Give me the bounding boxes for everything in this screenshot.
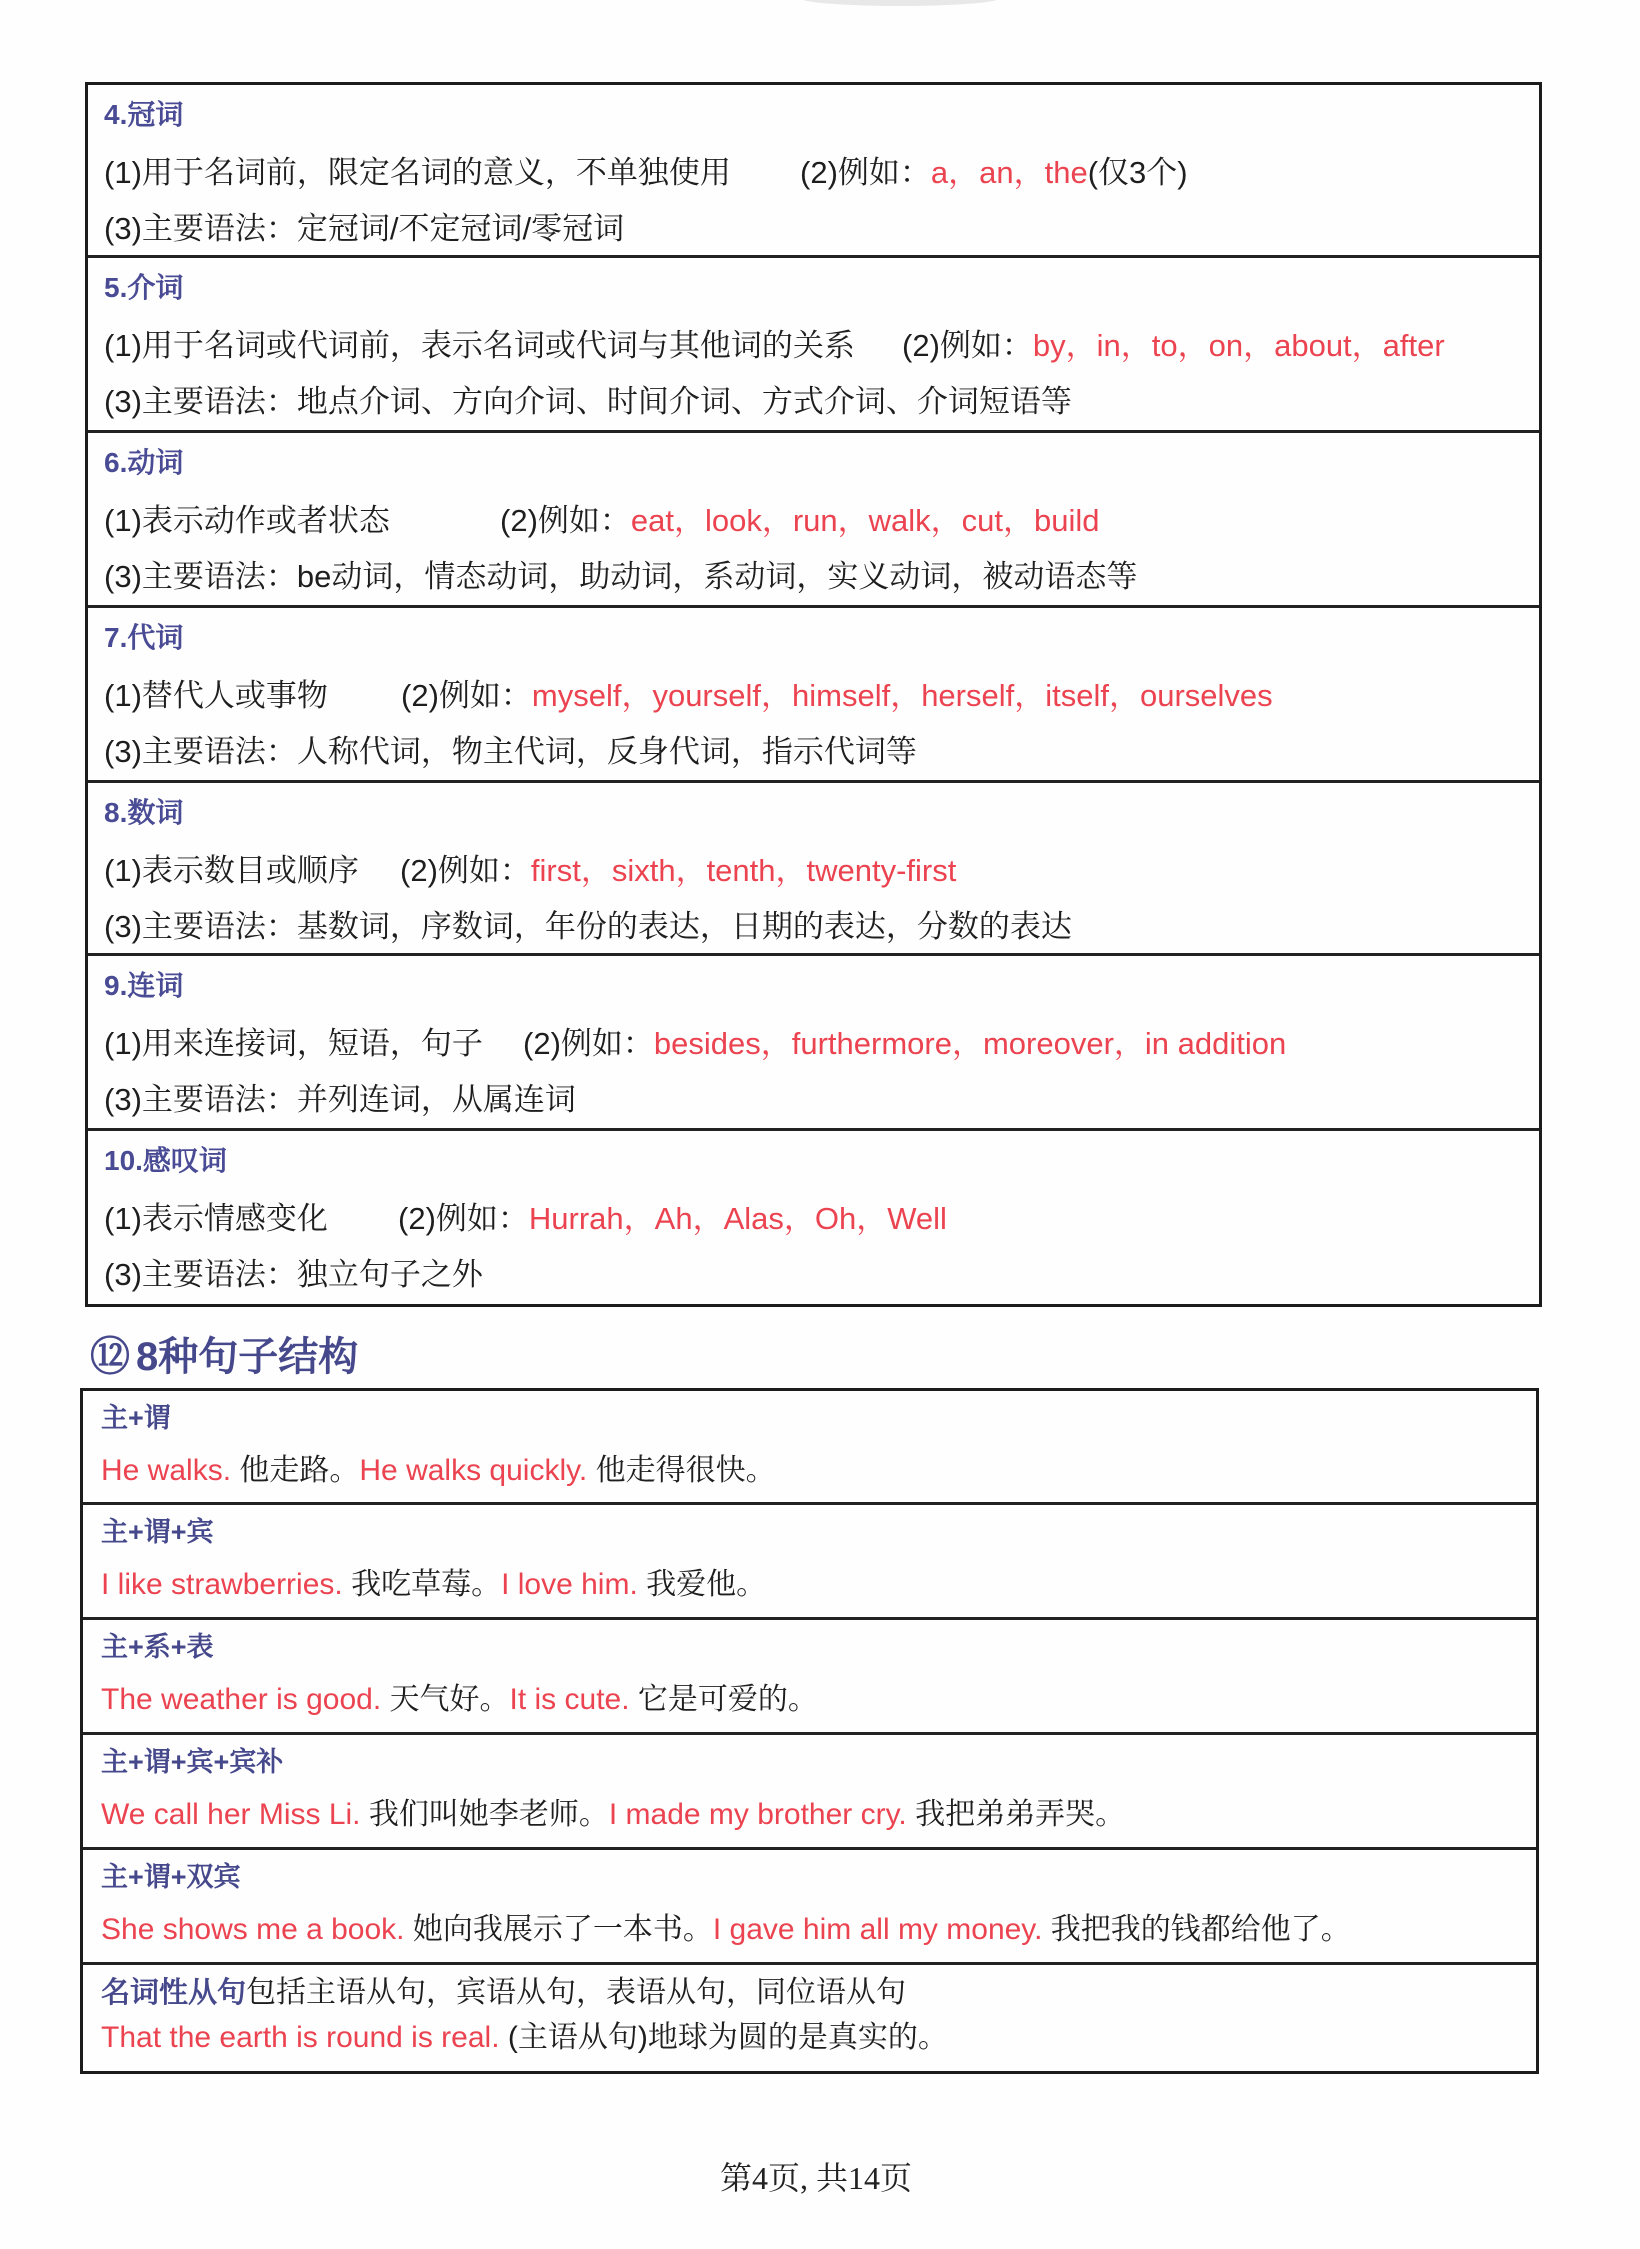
- sentence-structure-row: 主+谓 He walks. 他走路。He walks quickly. 他走得很…: [83, 1391, 1536, 1505]
- clause-types: 包括主语从句，宾语从句，表语从句，同位语从句: [246, 1976, 906, 2009]
- example-label: (2)例如：: [401, 678, 532, 713]
- pos-examples: (2)例如：Hurrah，Ah，Alas，Oh，Well: [398, 1191, 947, 1247]
- pos-definition-line: (1)用于名词或代词前，表示名词或代词与其他词的关系 (2)例如：by，in，t…: [104, 318, 1539, 374]
- example-sentences: I like strawberries. 我吃草莓。I love him. 我爱…: [101, 1559, 1536, 1611]
- page-number: 第4页, 共14页: [0, 2158, 1632, 2198]
- structure-label: 主+谓+双宾: [101, 1856, 1536, 1898]
- chinese-translation: 他走路。: [231, 1454, 359, 1487]
- example-label: (2)例如：: [398, 1201, 529, 1236]
- sentence-structure-row: 主+谓+宾 I like strawberries. 我吃草莓。I love h…: [83, 1505, 1536, 1620]
- parts-of-speech-table: 4.冠词 (1)用于名词前，限定名词的意义，不单独使用 (2)例如：a，an，t…: [85, 82, 1542, 1307]
- pos-definition: (1)用于名词或代词前，表示名词或代词与其他词的关系: [104, 328, 855, 363]
- english-sentence: She shows me a book.: [101, 1913, 405, 1946]
- structure-label: 主+谓: [101, 1397, 1536, 1439]
- pos-definition: (1)替代人或事物: [104, 678, 328, 713]
- pos-title: 4.冠词: [104, 93, 1539, 137]
- chinese-translation: 我们叫她李老师。: [361, 1798, 609, 1831]
- example-sentences: She shows me a book. 她向我展示了一本书。I gave hi…: [101, 1904, 1536, 1956]
- pos-title: 10.感叹词: [104, 1139, 1539, 1183]
- pos-definition-line: (1)替代人或事物 (2)例如：myself，yourself，himself，…: [104, 668, 1539, 724]
- pos-title: 9.连词: [104, 964, 1539, 1008]
- pos-row-articles: 4.冠词 (1)用于名词前，限定名词的意义，不单独使用 (2)例如：a，an，t…: [88, 85, 1539, 258]
- sentence-structure-row: 主+谓+双宾 She shows me a book. 她向我展示了一本书。I …: [83, 1850, 1536, 1965]
- scan-artifact: [800, 0, 1000, 6]
- chinese-translation: 它是可爱的。: [630, 1683, 818, 1716]
- section-heading: ⑫8种句子结构: [90, 1334, 358, 1380]
- sentence-structure-row: 主+系+表 The weather is good. 天气好。It is cut…: [83, 1620, 1536, 1735]
- pos-examples: (2)例如：a，an，the(仅3个): [800, 145, 1188, 201]
- pos-row-numerals: 8.数词 (1)表示数目或顺序 (2)例如：first，sixth，tenth，…: [88, 783, 1539, 956]
- example-words: by，in，to，on，about，after: [1033, 328, 1445, 363]
- pos-row-interjections: 10.感叹词 (1)表示情感变化 (2)例如：Hurrah，Ah，Alas，Oh…: [88, 1131, 1539, 1304]
- pos-grammar-line: (3)主要语法：并列连词，从属连词: [104, 1072, 1539, 1128]
- example-label: (2)例如：: [902, 328, 1033, 363]
- chinese-translation: 他走得很快。: [587, 1454, 775, 1487]
- pos-row-verbs: 6.动词 (1)表示动作或者状态 (2)例如：eat，look，run，walk…: [88, 433, 1539, 608]
- pos-definition: (1)表示情感变化: [104, 1201, 328, 1236]
- example-sentences: The weather is good. 天气好。It is cute. 它是可…: [101, 1674, 1536, 1726]
- example-note: (仅3个): [1088, 155, 1188, 190]
- english-sentence: I made my brother cry.: [609, 1798, 907, 1831]
- pos-definition: (1)表示动作或者状态: [104, 503, 390, 538]
- pos-title: 7.代词: [104, 616, 1539, 660]
- noun-clause-row: 名词性从句包括主语从句，宾语从句，表语从句，同位语从句 That the ear…: [83, 1965, 1536, 2071]
- chinese-translation: 我把弟弟弄哭。: [907, 1798, 1125, 1831]
- pos-definition-line: (1)用来连接词，短语，句子 (2)例如：besides，furthermore…: [104, 1016, 1539, 1072]
- structure-label: 主+系+表: [101, 1626, 1536, 1668]
- pos-title: 5.介词: [104, 266, 1539, 310]
- noun-clause-description: 名词性从句包括主语从句，宾语从句，表语从句，同位语从句: [101, 1971, 1536, 2015]
- pos-grammar-line: (3)主要语法：be动词，情态动词，助动词，系动词，实义动词，被动语态等: [104, 549, 1539, 605]
- pos-examples: (2)例如：by，in，to，on，about，after: [902, 318, 1445, 374]
- structure-label: 主+谓+宾: [101, 1511, 1536, 1553]
- example-sentences: We call her Miss Li. 我们叫她李老师。I made my b…: [101, 1789, 1536, 1841]
- pos-definition-line: (1)表示数目或顺序 (2)例如：first，sixth，tenth，twent…: [104, 843, 1539, 899]
- sentence-structures-table: 主+谓 He walks. 他走路。He walks quickly. 他走得很…: [80, 1388, 1539, 2074]
- pos-title: 8.数词: [104, 791, 1539, 835]
- chinese-translation: 我爱他。: [638, 1568, 766, 1601]
- english-sentence: We call her Miss Li.: [101, 1798, 361, 1831]
- circled-number-icon: ⑫: [90, 1335, 130, 1379]
- english-sentence: He walks quickly.: [359, 1454, 587, 1487]
- example-words: eat，look，run，walk，cut，build: [631, 503, 1100, 538]
- example-words: Hurrah，Ah，Alas，Oh，Well: [529, 1201, 947, 1236]
- example-label: (2)例如：: [800, 155, 931, 190]
- english-sentence: It is cute.: [510, 1683, 630, 1716]
- pos-definition-line: (1)表示情感变化 (2)例如：Hurrah，Ah，Alas，Oh，Well: [104, 1191, 1539, 1247]
- chinese-translation: 我吃草莓。: [343, 1568, 501, 1601]
- chinese-translation: (主语从句)地球为圆的是真实的。: [500, 2021, 948, 2054]
- pos-examples: (2)例如：besides，furthermore，moreover，in ad…: [523, 1016, 1286, 1072]
- english-sentence: He walks.: [101, 1454, 231, 1487]
- structure-label: 名词性从句: [101, 1977, 246, 2009]
- pos-definition-line: (1)表示动作或者状态 (2)例如：eat，look，run，walk，cut，…: [104, 493, 1539, 549]
- example-label: (2)例如：: [500, 503, 631, 538]
- pos-definition: (1)用来连接词，短语，句子: [104, 1026, 483, 1061]
- section-title: 8种句子结构: [136, 1335, 358, 1379]
- example-words: besides，furthermore，moreover，in addition: [654, 1026, 1286, 1061]
- pos-definition: (1)表示数目或顺序: [104, 853, 359, 888]
- sentence-structure-row: 主+谓+宾+宾补 We call her Miss Li. 我们叫她李老师。I …: [83, 1735, 1536, 1850]
- pos-examples: (2)例如：myself，yourself，himself，herself，it…: [401, 668, 1273, 724]
- chinese-translation: 天气好。: [381, 1683, 509, 1716]
- english-sentence: The weather is good.: [101, 1683, 381, 1716]
- pos-grammar-line: (3)主要语法：人称代词，物主代词，反身代词，指示代词等: [104, 724, 1539, 780]
- pos-examples: (2)例如：eat，look，run，walk，cut，build: [500, 493, 1100, 549]
- example-sentences: That the earth is round is real. (主语从句)地…: [101, 2015, 1536, 2061]
- chinese-translation: 她向我展示了一本书。: [405, 1913, 713, 1946]
- pos-definition-line: (1)用于名词前，限定名词的意义，不单独使用 (2)例如：a，an，the(仅3…: [104, 145, 1539, 201]
- english-sentence: That the earth is round is real.: [101, 2021, 500, 2054]
- example-label: (2)例如：: [523, 1026, 654, 1061]
- pos-row-conjunctions: 9.连词 (1)用来连接词，短语，句子 (2)例如：besides，furthe…: [88, 956, 1539, 1131]
- english-sentence: I gave him all my money.: [713, 1913, 1043, 1946]
- example-words: first，sixth，tenth，twenty-first: [531, 853, 956, 888]
- pos-grammar-line: (3)主要语法：独立句子之外: [104, 1247, 1539, 1303]
- pos-row-prepositions: 5.介词 (1)用于名词或代词前，表示名词或代词与其他词的关系 (2)例如：by…: [88, 258, 1539, 433]
- pos-examples: (2)例如：first，sixth，tenth，twenty-first: [400, 843, 956, 899]
- chinese-translation: 我把我的钱都给他了。: [1042, 1913, 1350, 1946]
- pos-grammar-line: (3)主要语法：地点介词、方向介词、时间介词、方式介词、介词短语等: [104, 374, 1539, 430]
- pos-row-pronouns: 7.代词 (1)替代人或事物 (2)例如：myself，yourself，him…: [88, 608, 1539, 783]
- pos-definition: (1)用于名词前，限定名词的意义，不单独使用: [104, 155, 731, 190]
- structure-label: 主+谓+宾+宾补: [101, 1741, 1536, 1783]
- pos-grammar-line: (3)主要语法：基数词，序数词，年份的表达，日期的表达，分数的表达: [104, 899, 1539, 955]
- english-sentence: I love him.: [501, 1568, 638, 1601]
- example-sentences: He walks. 他走路。He walks quickly. 他走得很快。: [101, 1445, 1536, 1497]
- english-sentence: I like strawberries.: [101, 1568, 343, 1601]
- example-words: myself，yourself，himself，herself，itself，o…: [532, 678, 1273, 713]
- pos-title: 6.动词: [104, 441, 1539, 485]
- example-label: (2)例如：: [400, 853, 531, 888]
- pos-grammar-line: (3)主要语法：定冠词/不定冠词/零冠词: [104, 201, 1539, 257]
- example-words: a，an，the: [931, 155, 1088, 190]
